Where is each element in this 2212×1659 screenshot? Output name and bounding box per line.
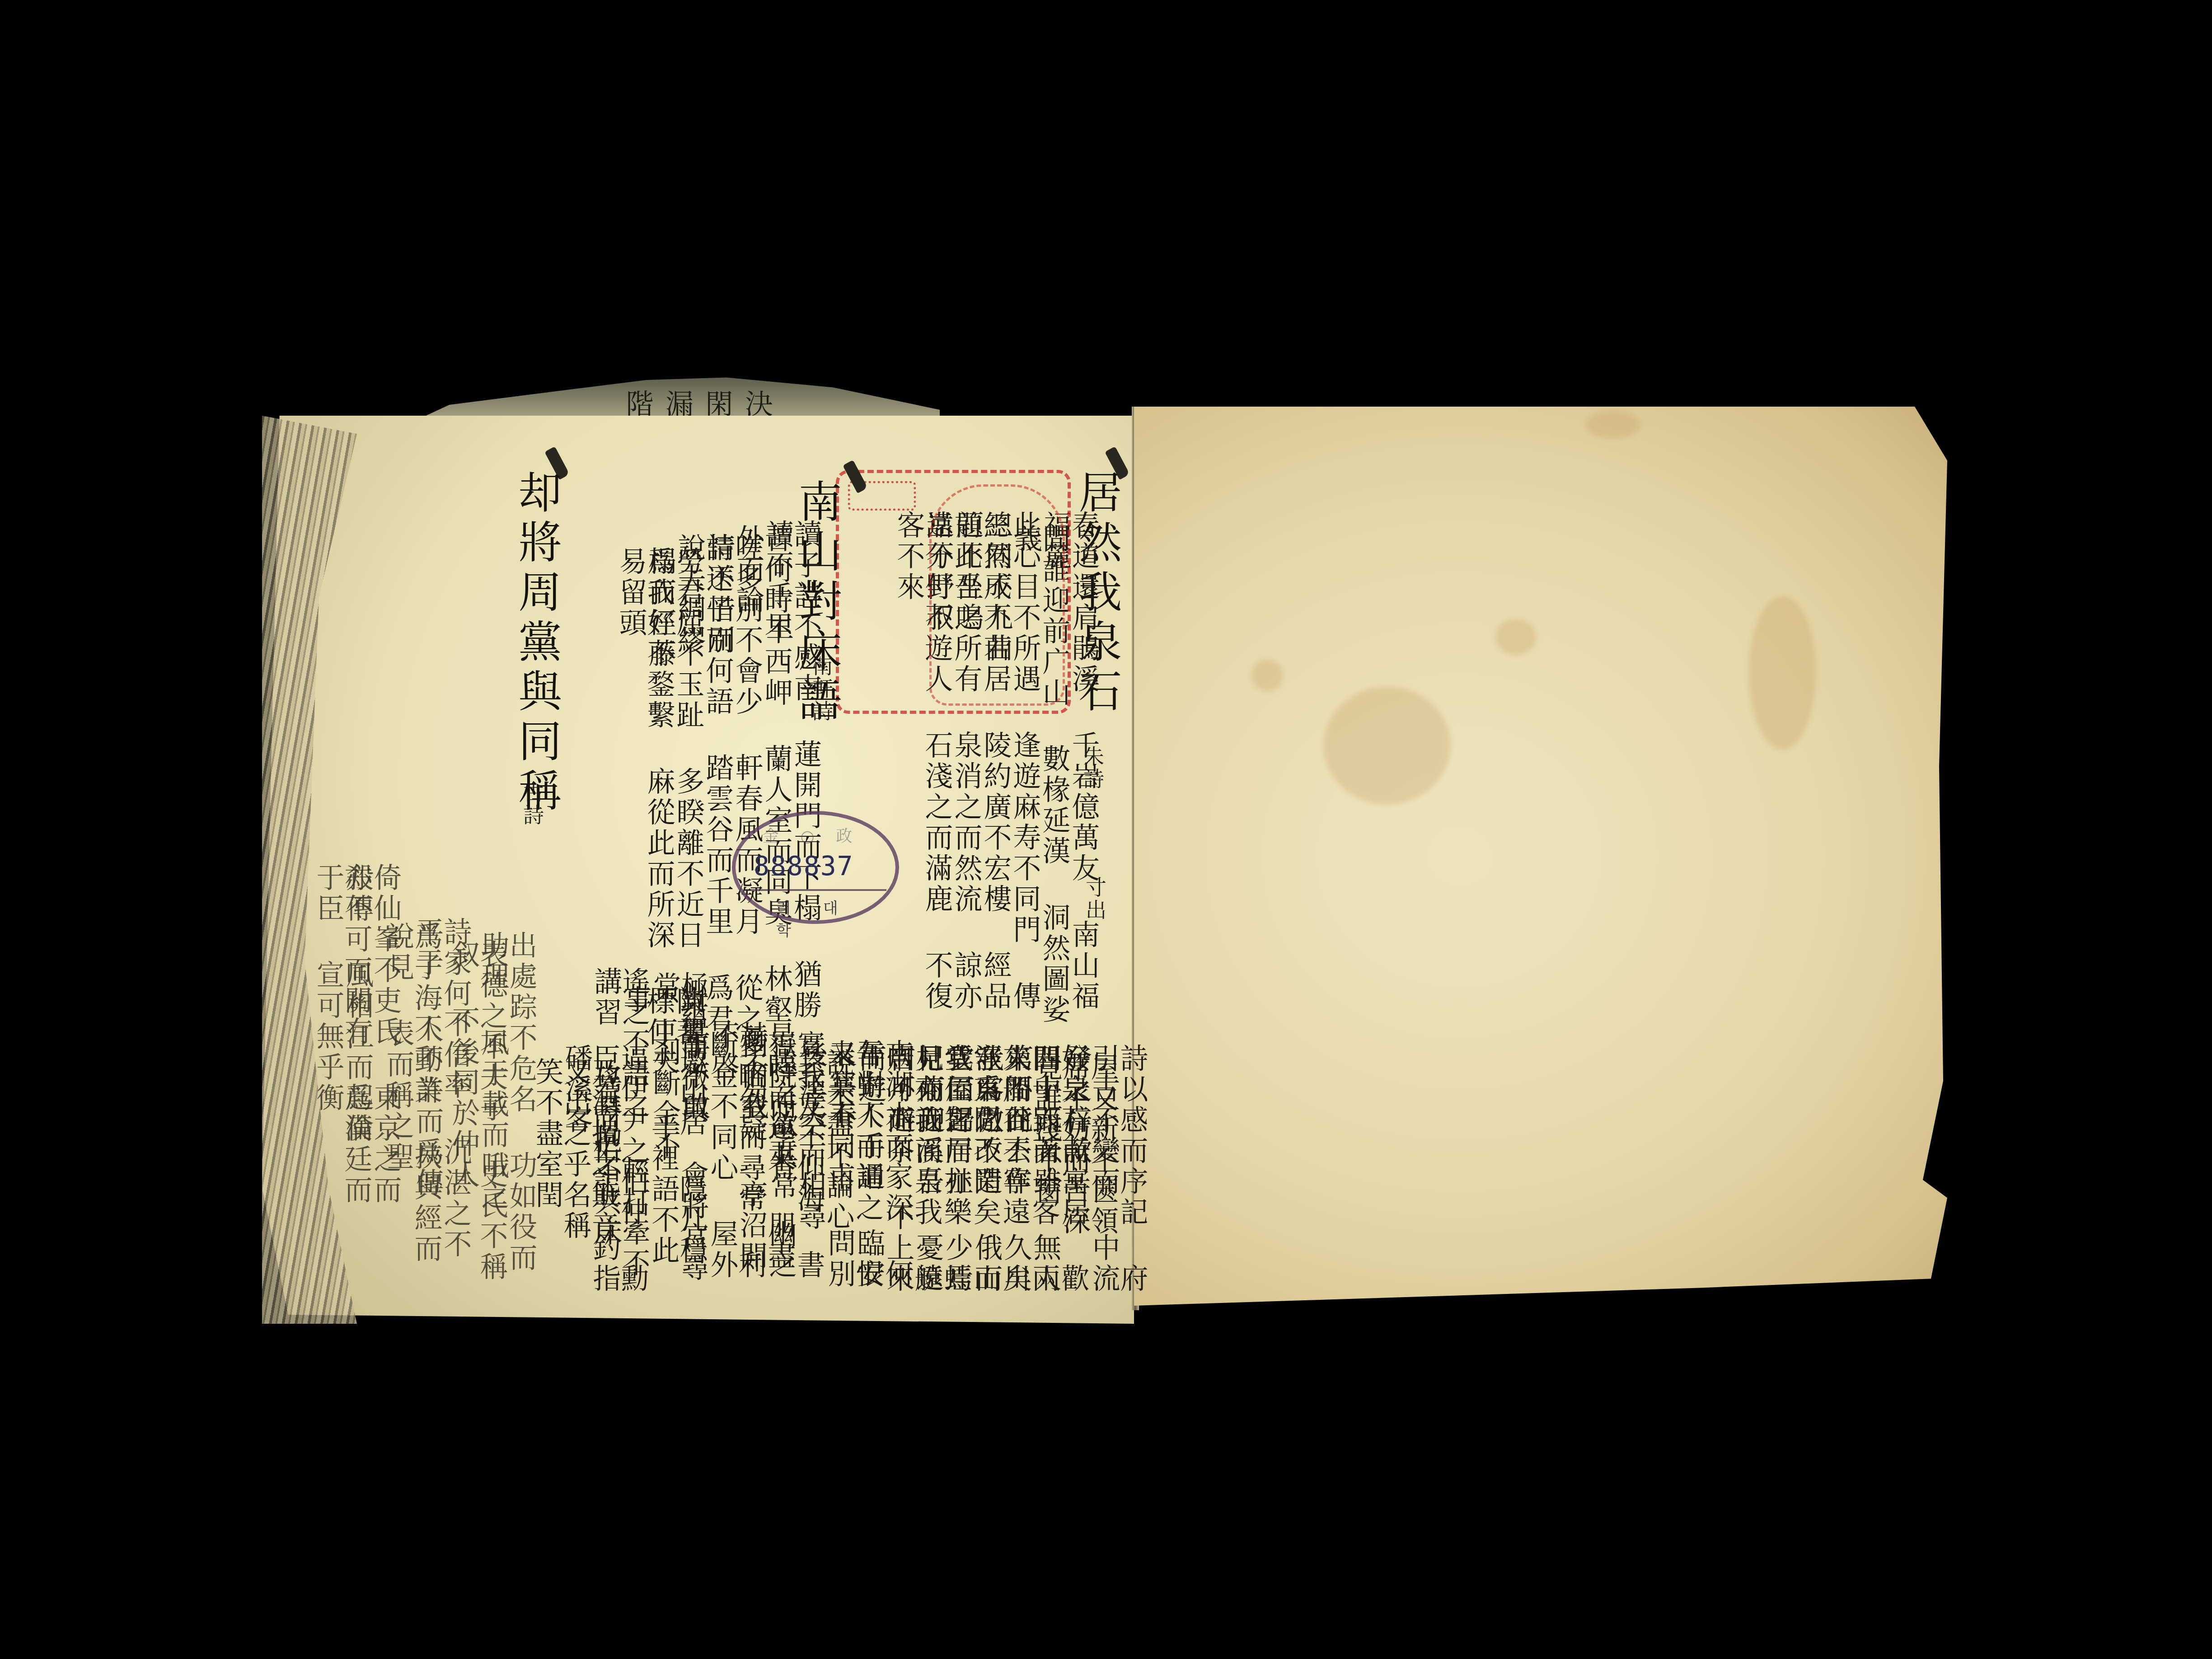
right-page-blank <box>1134 407 1947 1306</box>
poem-attribution: 古詩 <box>522 782 543 827</box>
poem-title: 却將周黨與同稱 <box>515 470 558 818</box>
water-stain <box>1324 687 1450 804</box>
torn-strip-text: 階 漏 閑 決 <box>610 384 791 420</box>
stamp-divider <box>745 889 886 891</box>
water-stain <box>1251 660 1283 691</box>
text-column: 乃酒揖之簸音 又出之乎名稱 笑不盡室閏 <box>533 1057 617 1297</box>
water-stain <box>1748 596 1816 750</box>
red-ownership-seal <box>836 470 1071 714</box>
poem-line: 亦不可而關有 爲漢廷而于臣 宣可無乎衡 <box>314 863 370 1224</box>
library-accession-stamp: 金 ○ 政 888837 러 대 학 <box>732 811 899 924</box>
water-stain <box>1586 411 1640 438</box>
stamp-bottom-text: 러 대 학 <box>776 896 895 940</box>
stamp-top-text: 金 ○ 政 <box>763 824 860 847</box>
water-stain <box>1495 619 1536 655</box>
manuscript-book: 階 漏 閑 決 居然我泉石 朱詩 寸出 舂道還肩鵑溪 千岩億萬友 南山福福麓 間… <box>262 375 1970 1324</box>
accession-number: 888837 <box>754 851 854 881</box>
seal-inner-shape <box>929 484 1065 706</box>
